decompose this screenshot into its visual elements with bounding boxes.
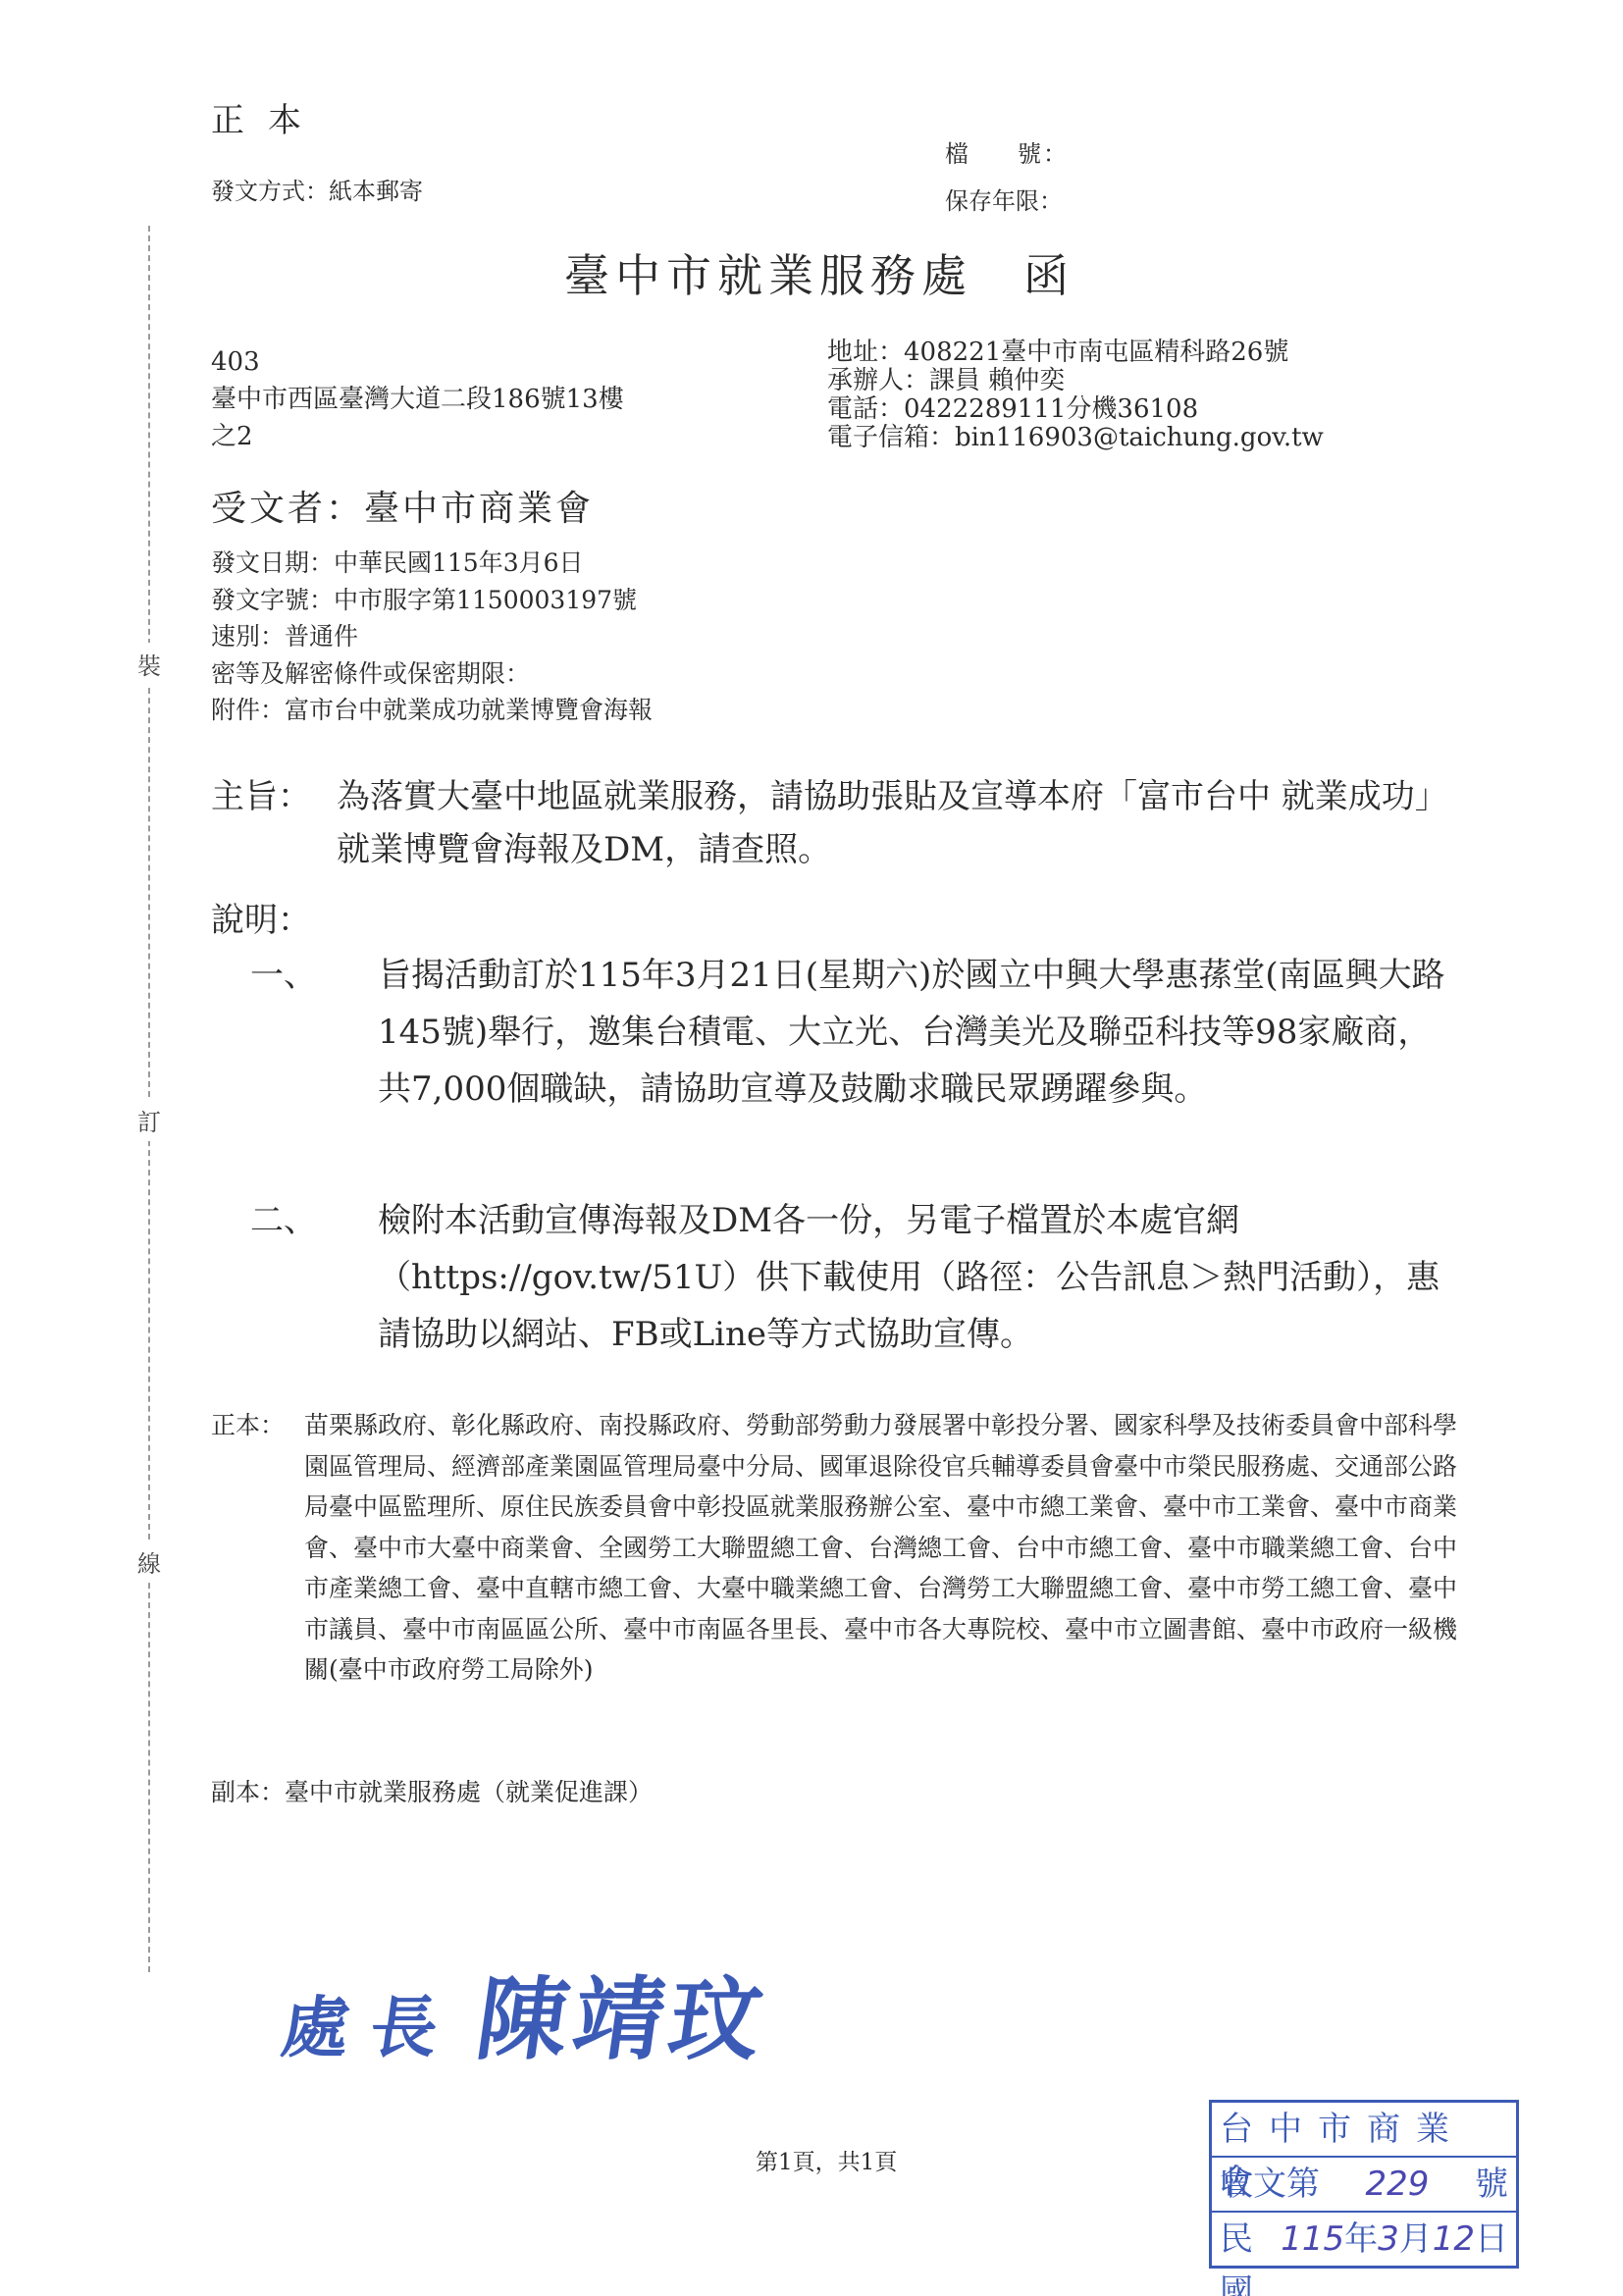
subject-text: 為落實大臺中地區就業服務，請協助張貼及宣導本府「富市台中 就業成功」就業博覽會海…: [337, 770, 1457, 876]
contact-email: 電子信箱：bin116903@taichung.gov.tw: [827, 424, 1324, 452]
item-text: 旨揭活動訂於115年3月21日(星期六)於國立中興大學惠蓀堂(南區興大路145號…: [378, 947, 1447, 1118]
binding-char-ding: 訂: [133, 1099, 165, 1141]
stamp-org: 台中市商業會: [1212, 2103, 1516, 2158]
receipt-day: 12: [1433, 2213, 1475, 2266]
address-line-2: 之2: [211, 418, 624, 455]
attachment: 附件：富市台中就業成功就業博覽會海報: [211, 692, 653, 729]
date-prefix: 民國: [1220, 2213, 1281, 2266]
dispatch-method: 發文方式：紙本郵寄: [211, 172, 423, 206]
postal-code: 403: [211, 343, 624, 381]
item-number: 一、: [250, 947, 317, 1004]
file-no-label-a: 檔: [945, 140, 970, 168]
stamp-receipt-number-row: 收文第 229 號: [1212, 2158, 1516, 2213]
distribution-list: 正本： 苗栗縣政府、彰化縣政府、南投縣政府、勞動部勞動力發展署中彰投分署、國家科…: [211, 1405, 1467, 1691]
explanation-label: 說明：: [211, 893, 311, 941]
document-meta: 發文日期：中華民國115年3月6日 發文字號：中市服字第1150003197號 …: [211, 545, 653, 729]
stamp-date-row: 民國 115 年 3 月 12 日: [1212, 2213, 1516, 2266]
subject-section: 主旨： 為落實大臺中地區就業服務，請協助張貼及宣導本府「富市台中 就業成功」就業…: [211, 770, 1457, 876]
month-label: 月: [1399, 2213, 1433, 2266]
item-text: 檢附本活動宣傳海報及DM各一份，另電子檔置於本處官網（https://gov.t…: [378, 1192, 1447, 1363]
distribution-label: 正本：: [211, 1405, 285, 1446]
classification: 密等及解密條件或保密期限：: [211, 655, 653, 693]
year-label: 年: [1344, 2213, 1378, 2266]
receipt-prefix: 收文第: [1220, 2158, 1320, 2211]
binding-char-zhuang: 裝: [133, 643, 165, 685]
contact-info: 地址：408221臺中市南屯區精科路26號 承辦人：課員 賴仲奕 電話：0422…: [827, 339, 1324, 452]
director-signature-stamp: 處長陳靖玟: [276, 1948, 777, 2077]
contact-phone: 電話：0422289111分機36108: [827, 395, 1324, 424]
receipt-month: 3: [1378, 2213, 1399, 2266]
document-number: 發文字號：中市服字第1150003197號: [211, 582, 653, 619]
file-no-label-b: 號：: [1018, 140, 1069, 168]
explanation-item-1: 一、 旨揭活動訂於115年3月21日(星期六)於國立中興大學惠蓀堂(南區興大路1…: [250, 947, 1447, 1118]
retention-period-label: 保存年限：: [945, 182, 1063, 216]
recipient-mailing-address: 403 臺中市西區臺灣大道二段186號13樓 之2: [211, 343, 624, 455]
subject-label: 主旨：: [211, 770, 311, 823]
receipt-suffix: 號: [1475, 2158, 1508, 2211]
file-number-label: 檔號：: [945, 134, 1069, 169]
agency-name: 臺中市就業服務處: [564, 249, 972, 302]
carbon-copy: 副本：臺中市就業服務處（就業促進課）: [211, 1773, 653, 1808]
receipt-stamp: 台中市商業會 收文第 229 號 民國 115 年 3 月 12 日: [1209, 2100, 1519, 2269]
binding-char-xian: 線: [133, 1540, 165, 1583]
distribution-text: 苗栗縣政府、彰化縣政府、南投縣政府、勞動部勞動力發展署中彰投分署、國家科學及技術…: [304, 1405, 1467, 1691]
item-number: 二、: [250, 1192, 317, 1249]
day-label: 日: [1475, 2213, 1508, 2266]
signature-title: 處長: [277, 1990, 464, 2067]
receipt-year: 115: [1281, 2213, 1344, 2266]
copy-label: 正本: [211, 93, 325, 141]
address-line-1: 臺中市西區臺灣大道二段186號13樓: [211, 381, 624, 418]
page-number: 第1頁，共1頁: [756, 2144, 897, 2176]
priority: 速別：普通件: [211, 618, 653, 655]
signature-name: 陳靖玟: [470, 1967, 773, 2072]
recipient: 受文者：臺中市商業會: [211, 481, 594, 531]
stamp-org-text: 台中市商業會: [1220, 2103, 1508, 2156]
receipt-number: 229: [1366, 2158, 1430, 2211]
doc-type: 函: [1023, 249, 1074, 302]
explanation-item-2: 二、 檢附本活動宣傳海報及DM各一份，另電子檔置於本處官網（https://go…: [250, 1192, 1447, 1363]
contact-address: 地址：408221臺中市南屯區精科路26號: [827, 339, 1324, 367]
contact-handler: 承辦人：課員 賴仲奕: [827, 367, 1324, 395]
document-title: 臺中市就業服務處函: [564, 240, 1074, 305]
issue-date: 發文日期：中華民國115年3月6日: [211, 545, 653, 582]
